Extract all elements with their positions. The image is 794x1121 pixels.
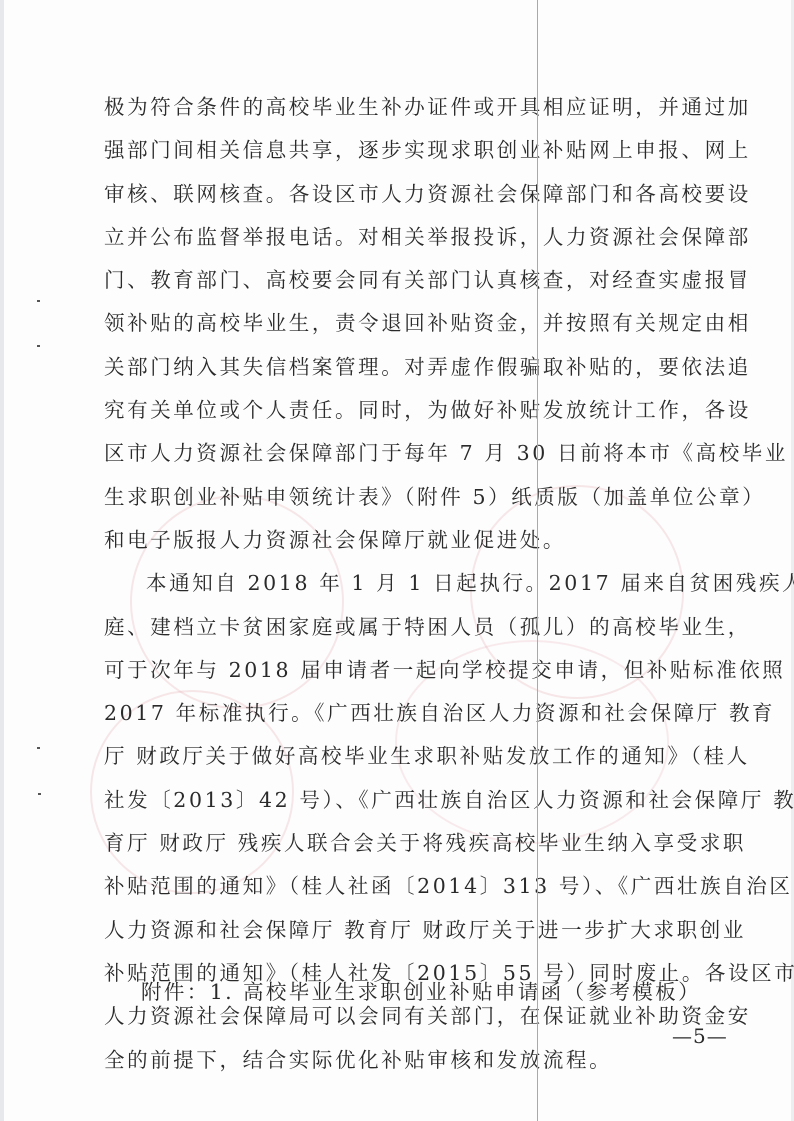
text-line: 领补贴的高校毕业生，责令退回补贴资金，并按照有关规定由相 bbox=[104, 302, 724, 345]
text-line: 审核、联网核查。各设区市人力资源社会保障部门和各高校要设 bbox=[104, 173, 724, 216]
text-line: 本通知自 2018 年 1 月 1 日起执行。2017 届来自贫困残疾人家 bbox=[104, 562, 724, 605]
text-line: 全的前提下，结合实际优化补贴审核和发放流程。 bbox=[104, 1039, 724, 1082]
text-line: 强部门间相关信息共享，逐步实现求职创业补贴网上申报、网上 bbox=[104, 129, 724, 172]
text-line: 立并公布监督举报电话。对相关举报投诉，人力资源社会保障部 bbox=[104, 216, 724, 259]
binding-hole-mark bbox=[38, 793, 41, 795]
document-body: 极为符合条件的高校毕业生补办证件或开具相应证明，并通过加 强部门间相关信息共享，… bbox=[104, 86, 724, 1082]
text-line: 究有关单位或个人责任。同时，为做好补贴发放统计工作，各设 bbox=[104, 389, 724, 432]
text-line: 庭、建档立卡贫困家庭或属于特困人员（孤儿）的高校毕业生， bbox=[104, 606, 724, 649]
vertical-guide-line bbox=[537, 0, 538, 1121]
text-line: 补贴范围的通知》（桂人社函〔2014〕313 号）、《广西壮族自治区 bbox=[104, 865, 724, 908]
text-line: 厅 财政厅关于做好高校毕业生求职补贴发放工作的通知》（桂人 bbox=[104, 735, 724, 778]
text-line: 区市人力资源社会保障部门于每年 7 月 30 日前将本市《高校毕业 bbox=[104, 432, 724, 475]
scan-left-edge bbox=[0, 0, 4, 1121]
text-line: 生求职创业补贴申领统计表》（附件 5）纸质版（加盖单位公章） bbox=[104, 476, 724, 519]
binding-hole-mark bbox=[37, 300, 40, 302]
text-line: 人力资源和社会保障厅 教育厅 财政厅关于进一步扩大求职创业 bbox=[104, 909, 724, 952]
binding-hole-mark bbox=[37, 345, 40, 347]
text-line: 2017 年标准执行。《广西壮族自治区人力资源和社会保障厅 教育 bbox=[104, 692, 724, 735]
text-line: 极为符合条件的高校毕业生补办证件或开具相应证明，并通过加 bbox=[104, 86, 724, 129]
text-line: 门、教育部门、高校要会同有关部门认真核查，对经查实虚报冒 bbox=[104, 259, 724, 302]
text-line: 社发〔2013〕42 号）、《广西壮族自治区人力资源和社会保障厅 教 bbox=[104, 779, 724, 822]
text-line: 可于次年与 2018 届申请者一起向学校提交申请，但补贴标准依照 bbox=[104, 649, 724, 692]
binding-hole-mark bbox=[37, 747, 40, 749]
attachment-line: 附件：1. 高校毕业生求职创业补贴申请函（参考模板） bbox=[141, 975, 701, 1005]
page-number: —5— bbox=[672, 1024, 728, 1048]
paragraph-1: 极为符合条件的高校毕业生补办证件或开具相应证明，并通过加 强部门间相关信息共享，… bbox=[104, 86, 724, 562]
document-page: 极为符合条件的高校毕业生补办证件或开具相应证明，并通过加 强部门间相关信息共享，… bbox=[0, 0, 794, 1121]
text-line: 和电子版报人力资源社会保障厅就业促进处。 bbox=[104, 519, 724, 562]
text-line: 育厅 财政厅 残疾人联合会关于将残疾高校毕业生纳入享受求职 bbox=[104, 822, 724, 865]
text-line: 关部门纳入其失信档案管理。对弄虚作假骗取补贴的，要依法追 bbox=[104, 346, 724, 389]
